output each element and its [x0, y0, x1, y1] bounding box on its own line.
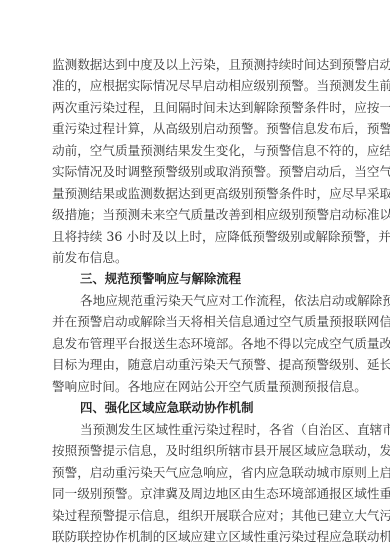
paragraph-2-line-1: 各地应规范重污染天气应对工作流程，依法启动或解除预警， — [80, 293, 341, 309]
paragraph-1-line-10: 前发布信息。 — [52, 250, 341, 266]
paragraph-1-line-2: 准的，应根据实际情况尽早启动相应级别预警。当预测发生前后 — [52, 78, 341, 94]
paragraph-2-line-4: 目标为理由，随意启动重污染天气预警、提高预警级别、延长预 — [52, 357, 341, 373]
paragraph-2-line-2: 并在预警启动或解除当天将相关信息通过空气质量预报联网信 — [52, 314, 341, 330]
paragraph-1-line-5: 动前，空气质量预测结果发生变化，与预警信息不符的，应结合 — [52, 143, 341, 159]
paragraph-1-line-1: 监测数据达到中度及以上污染，且预测持续时间达到预警启动标 — [52, 57, 341, 73]
paragraph-3-line-4: 同一级别预警。京津冀及周边地区由生态环境部通报区域性重污 — [52, 486, 341, 502]
paragraph-3-line-3: 预警，启动重污染天气应急响应，省内应急联动城市原则上启动 — [52, 465, 341, 481]
paragraph-1-line-9: 且将持续 36 小时及以上时，应降低预警级别或解除预警，并提 — [52, 229, 341, 245]
paragraph-2-line-3: 息发布管理平台报送生态环境部。各地不得以完成空气质量改善 — [52, 336, 341, 352]
paragraph-3-line-2: 按照预警提示信息，及时组织所辖市县开展区域应急联动，发布 — [52, 443, 341, 459]
paragraph-2-line-5: 警响应时间。各地应在网站公开空气质量预测预报信息。 — [52, 379, 341, 395]
paragraph-1-line-8: 级措施；当预测未来空气质量改善到相应级别预警启动标准以下， — [52, 207, 341, 223]
paragraph-1-line-3: 两次重污染过程，且间隔时间未达到解除预警条件时，应按一次 — [52, 100, 341, 116]
paragraph-1-line-7: 量预测结果或监测数据达到更高级别预警条件时，应尽早采取升 — [52, 186, 341, 202]
paragraph-3-line-5: 染过程预警提示信息，组织开展联合应对；其他已建立大气污染 — [52, 508, 341, 524]
paragraph-1-line-6: 实际情况及时调整预警级别或取消预警。预警启动后，当空气质 — [52, 164, 341, 180]
section-3-heading: 三、规范预警响应与解除流程 — [80, 271, 241, 287]
paragraph-3-line-1: 当预测发生区域性重污染过程时，各省（自治区、直辖市） — [80, 422, 341, 438]
paragraph-1-line-4: 重污染过程计算，从高级别启动预警。预警信息发布后，预警启 — [52, 121, 341, 137]
document-page: 监测数据达到中度及以上污染，且预测持续时间达到预警启动标 准的，应根据实际情况尽… — [0, 0, 390, 551]
section-4-heading: 四、强化区域应急联动协作机制 — [80, 400, 253, 416]
paragraph-3-line-6: 联防联控协作机制的区域应建立区域性重污染过程应急联动机 — [52, 529, 341, 545]
